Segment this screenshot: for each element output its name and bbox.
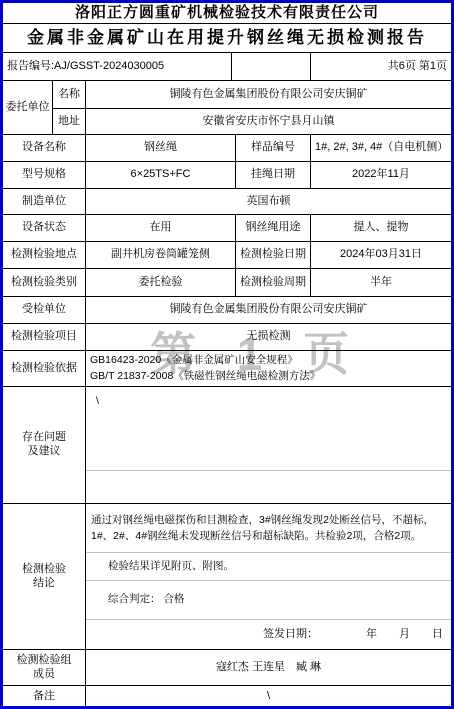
model-value: 6×25TS+FC (85, 162, 235, 188)
report-title-row: 金属非金属矿山在用提升钢丝绳无损检测报告 (3, 23, 451, 52)
client-name-row: 名称 铜陵有色金属集团股份有限公司安庆铜矿 (52, 81, 451, 108)
report-number-row: 报告编号:AJ/GSST-2024030005 共6页 第1页 (3, 52, 451, 80)
inspection-item-value: 无损检测 (85, 324, 451, 350)
page-count: 共6页 第1页 (310, 53, 451, 80)
basis-value: GB16423-2020《金属非金属矿山安全规程》 GB/T 21837-200… (85, 351, 451, 386)
team-label: 检测检验组 成员 (3, 650, 85, 685)
usage-value: 提人、提物 (310, 215, 451, 241)
conclusion-label-line1: 检测检验 (22, 563, 66, 577)
conclusion-judgement: 综合判定： 合格 (86, 580, 451, 620)
team-members: 寇红杰 王连星 臧 琳 (85, 650, 451, 685)
sample-no-value: 1#, 2#, 3#, 4#（自电机侧） (310, 135, 451, 161)
team-row: 检测检验组 成员 寇红杰 王连星 臧 琳 (3, 649, 451, 685)
inspected-unit-label: 受检单位 (3, 297, 85, 323)
manufacturer-row: 制造单位 英国布顿 (3, 188, 451, 214)
report-title: 金属非金属矿山在用提升钢丝绳无损检测报告 (3, 24, 451, 52)
model-label: 型号规格 (3, 162, 85, 188)
issues-label: 存在问题 及建议 (3, 387, 85, 503)
model-row: 型号规格 6×25TS+FC 挂绳日期 2022年11月 (3, 161, 451, 188)
basis-line-1: GB16423-2020《金属非金属矿山安全规程》 (90, 353, 298, 368)
location-value: 副井机房卷筒罐笼侧 (85, 242, 235, 268)
conclusion-label: 检测检验 结论 (3, 504, 85, 649)
client-address-row: 地址 安徽省安庆市怀宁县月山镇 (52, 108, 451, 134)
issues-value: \ (86, 387, 451, 470)
status-value: 在用 (85, 215, 235, 241)
location-label: 检测检验地点 (3, 242, 85, 268)
sign-date-line: 签发日期： 年 月 日 (86, 619, 451, 649)
client-block: 委托单位 名称 铜陵有色金属集团股份有限公司安庆铜矿 地址 安徽省安庆市怀宁县月… (3, 80, 451, 134)
inspection-item-row: 检测检验项目 无损检测 (3, 323, 451, 350)
inspected-unit-row: 受检单位 铜陵有色金属集团股份有限公司安庆铜矿 (3, 296, 451, 323)
sign-date-year: 年 (366, 628, 377, 642)
conclusion-content: 通过对钢丝绳电磁探伤和目测检查，3#钢丝绳发现2处断丝信号，不超标，1#、2#、… (85, 504, 451, 649)
issues-label-line2: 及建议 (28, 445, 61, 459)
conclusion-detail: 检验结果详见附页、附图。 (86, 552, 451, 580)
report-sheet: 洛阳正方圆重矿机械检验技术有限责任公司 金属非金属矿山在用提升钢丝绳无损检测报告… (0, 0, 454, 709)
equipment-label: 设备名称 (3, 135, 85, 161)
team-label-line1: 检测检验组 (17, 654, 72, 668)
manufacturer-label: 制造单位 (3, 189, 85, 214)
basis-row: 检测检验依据 GB16423-2020《金属非金属矿山安全规程》 GB/T 21… (3, 350, 451, 386)
rope-date-value: 2022年11月 (310, 162, 451, 188)
cycle-label: 检测检验周期 (235, 269, 310, 296)
conclusion-label-line2: 结论 (33, 577, 55, 591)
sample-no-label: 样品编号 (235, 135, 310, 161)
inspect-date-label: 检测检验日期 (235, 242, 310, 268)
inspection-item-label: 检测检验项目 (3, 324, 85, 350)
report-number: 报告编号:AJ/GSST-2024030005 (3, 53, 231, 80)
manufacturer-value: 英国布顿 (85, 189, 451, 214)
client-name-value: 铜陵有色金属集团股份有限公司安庆铜矿 (85, 81, 451, 108)
report-number-spacer (231, 53, 310, 80)
remark-label: 备注 (3, 686, 85, 707)
client-label: 委托单位 (3, 81, 52, 134)
remark-value: \ (85, 686, 451, 707)
team-label-line2: 成员 (33, 668, 55, 682)
status-label: 设备状态 (3, 215, 85, 241)
company-title-row: 洛阳正方圆重矿机械检验技术有限责任公司 (3, 3, 451, 23)
equipment-row: 设备名称 钢丝绳 样品编号 1#, 2#, 3#, 4#（自电机侧） (3, 134, 451, 161)
sign-date-label: 签发日期： (263, 628, 318, 642)
location-row: 检测检验地点 副井机房卷筒罐笼侧 检测检验日期 2024年03月31日 (3, 241, 451, 268)
remark-row: 备注 \ (3, 685, 451, 707)
issues-row: 存在问题 及建议 \ (3, 386, 451, 503)
conclusion-paragraph: 通过对钢丝绳电磁探伤和目测检查，3#钢丝绳发现2处断丝信号，不超标，1#、2#、… (86, 504, 451, 552)
issues-empty-area (86, 470, 451, 503)
issues-content: \ (85, 387, 451, 503)
conclusion-row: 检测检验 结论 通过对钢丝绳电磁探伤和目测检查，3#钢丝绳发现2处断丝信号，不超… (3, 503, 451, 649)
cycle-value: 半年 (310, 269, 451, 296)
company-name: 洛阳正方圆重矿机械检验技术有限责任公司 (3, 3, 451, 23)
client-address-label: 地址 (52, 109, 85, 134)
inspect-date-value: 2024年03月31日 (310, 242, 451, 268)
basis-line-2: GB/T 21837-2008《铁磁性钢丝绳电磁检测方法》 (90, 369, 320, 384)
usage-label: 钢丝绳用途 (235, 215, 310, 241)
category-label: 检测检验类别 (3, 269, 85, 296)
basis-label: 检测检验依据 (3, 351, 85, 386)
issues-label-line1: 存在问题 (22, 431, 66, 445)
status-row: 设备状态 在用 钢丝绳用途 提人、提物 (3, 214, 451, 241)
equipment-value: 钢丝绳 (85, 135, 235, 161)
category-value: 委托检验 (85, 269, 235, 296)
sign-date-month: 月 (399, 628, 410, 642)
client-name-label: 名称 (52, 81, 85, 108)
sign-date-day: 日 (432, 628, 443, 642)
client-address-value: 安徽省安庆市怀宁县月山镇 (85, 109, 451, 134)
category-row: 检测检验类别 委托检验 检测检验周期 半年 (3, 268, 451, 296)
inspected-unit-value: 铜陵有色金属集团股份有限公司安庆铜矿 (85, 297, 451, 323)
rope-date-label: 挂绳日期 (235, 162, 310, 188)
